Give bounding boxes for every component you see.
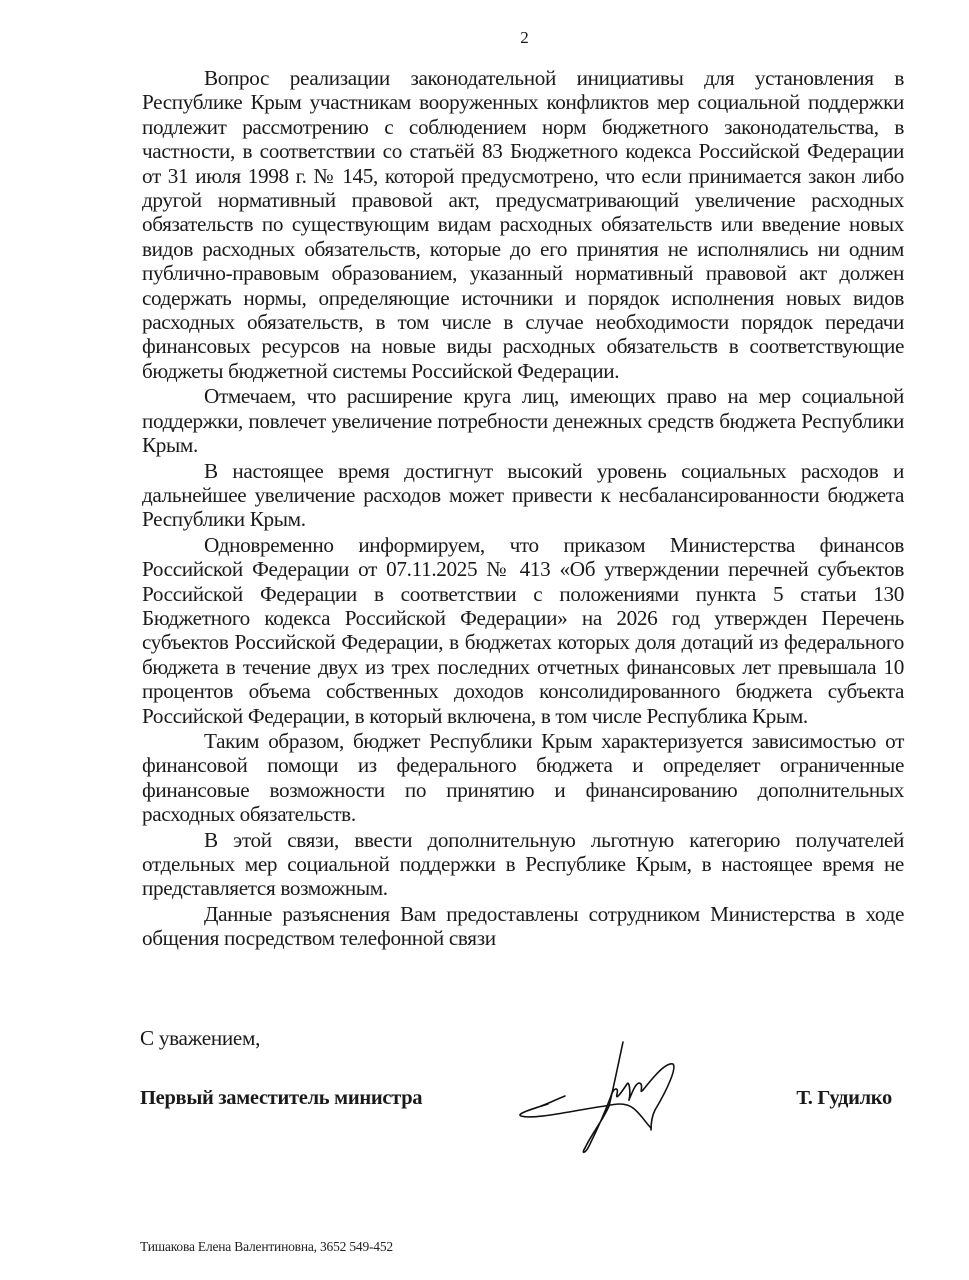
page-number: 2 <box>40 28 969 48</box>
signer-title: Первый заместитель министра <box>140 1087 422 1110</box>
paragraph-conclusion: Таким образом, бюджет Республики Крым ха… <box>142 729 904 827</box>
paragraph-social-expenses: В настоящее время достигнут высокий уров… <box>142 459 904 532</box>
paragraph-phone-clarification: Данные разъяснения Вам предоставлены сот… <box>142 902 904 951</box>
paragraph-ministry-order: Одновременно информируем, что приказом М… <box>142 533 904 728</box>
paragraph-expansion: Отмечаем, что расширение круга лиц, имею… <box>142 384 904 457</box>
signer-name: Т. Гудилко <box>796 1087 892 1110</box>
executor-contact: Тишакова Елена Валентиновна, 3652 549-45… <box>140 1239 393 1255</box>
letter-body: Вопрос реализации законодательной инициа… <box>142 66 904 951</box>
paragraph-budget-code: Вопрос реализации законодательной инициа… <box>142 66 904 383</box>
closing-salutation: С уважением, <box>140 1026 260 1051</box>
signature-icon <box>505 1040 705 1160</box>
paragraph-decision: В этой связи, ввести дополнительную льго… <box>142 828 904 901</box>
